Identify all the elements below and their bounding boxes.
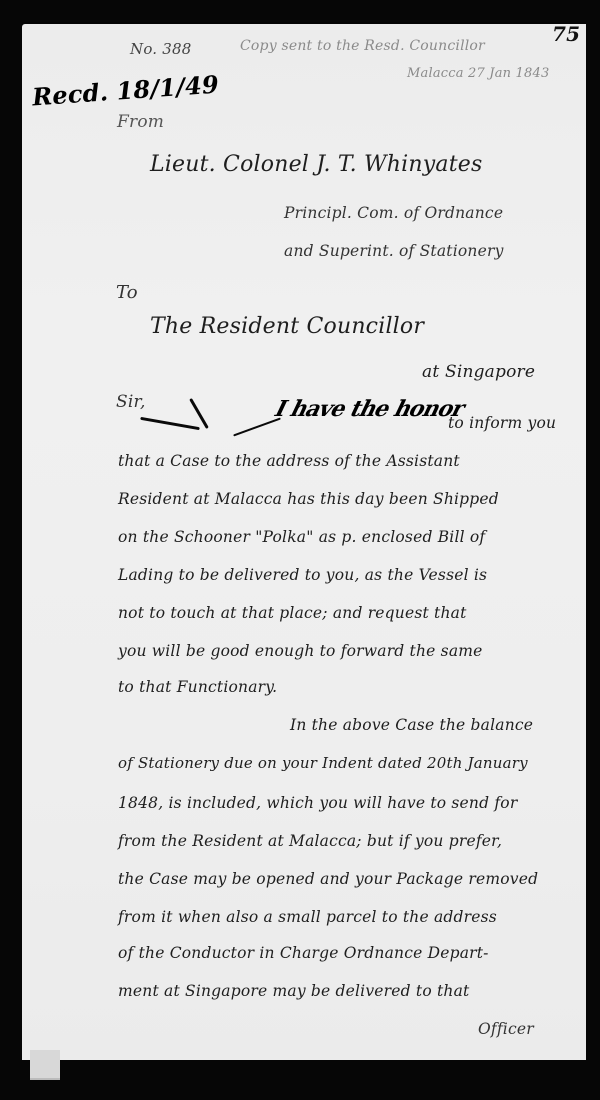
body-line-5: Lading to be delivered to you, as the Ve…	[118, 566, 487, 584]
body-line-1-text: to inform you	[448, 414, 556, 432]
body-line-2: that a Case to the address of the Assist…	[118, 452, 460, 470]
from-label: From	[117, 112, 164, 132]
body-line-14: from it when also a small parcel to the …	[118, 908, 497, 926]
body-line-11: 1848, is included, which you will have t…	[118, 794, 517, 812]
body-line-6: not to touch at that place; and request …	[118, 604, 467, 622]
body-line-13: the Case may be opened and your Package …	[118, 870, 538, 888]
sender-title-line-1: Principl. Com. of Ordnance	[284, 204, 503, 222]
to-label: To	[116, 282, 138, 303]
recipient-name: The Resident Councillor	[150, 314, 424, 339]
copy-note-line-1: Copy sent to the Resd. Councillor	[240, 38, 485, 54]
scanned-document: Copy sent to the Resd. Councillor Malacc…	[0, 0, 600, 1100]
underlying-page-edge	[30, 1050, 60, 1080]
sender-title-line-2: and Superint. of Stationery	[284, 242, 504, 260]
body-line-3: Resident at Malacca has this day been Sh…	[118, 490, 499, 508]
folio-number: 75	[552, 22, 580, 46]
manuscript-page: Copy sent to the Resd. Councillor Malacc…	[22, 24, 586, 1060]
struck-out-text: I have the honor	[270, 396, 470, 422]
body-line-8: to that Functionary.	[118, 678, 277, 696]
body-line-1: I have to inform you	[118, 414, 167, 432]
body-line-10: of Stationery due on your Indent dated 2…	[118, 754, 528, 772]
sender-name: Lieut. Colonel J. T. Whinyates	[150, 152, 482, 177]
body-line-7: you will be good enough to forward the s…	[118, 642, 483, 660]
recipient-location: at Singapore	[422, 362, 535, 382]
salutation: Sir,	[116, 392, 146, 412]
received-stamp: Recd. 18/1/49	[31, 70, 220, 112]
body-line-9: In the above Case the balance	[290, 716, 533, 734]
copy-note-line-2: Malacca 27 Jan 1843	[407, 66, 549, 81]
body-line-4: on the Schooner "Polka" as p. enclosed B…	[118, 528, 485, 546]
body-line-15: of the Conductor in Charge Ordnance Depa…	[118, 944, 489, 962]
body-line-16: ment at Singapore may be delivered to th…	[118, 982, 469, 1000]
catchword: Officer	[478, 1020, 534, 1038]
body-line-12: from the Resident at Malacca; but if you…	[118, 832, 502, 850]
number-mark: No. 388	[130, 40, 191, 58]
ink-strike-stroke	[189, 398, 209, 429]
